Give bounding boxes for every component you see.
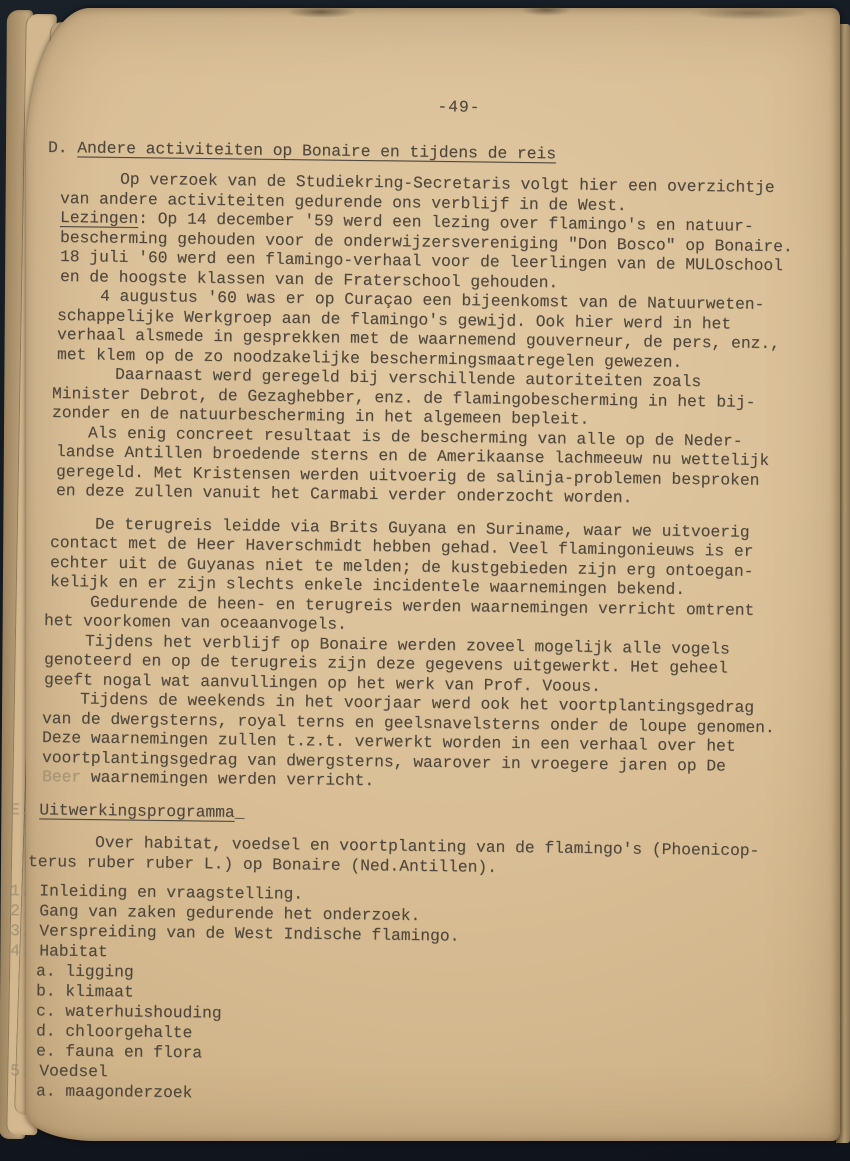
text-segment: waarnemingen werden verricht. (81, 767, 374, 790)
text-segment: 4. (10, 941, 40, 960)
text-segment: a. maagonderzoek (36, 1081, 193, 1102)
text-segment: Beer (42, 767, 81, 786)
document-page: -49- D. Andere activiteiten op Bonaire e… (26, 8, 840, 1141)
underlined-text: Andere activiteiten op Bonaire en tijden… (77, 138, 556, 163)
ink-smudge (521, 4, 571, 16)
section-d-heading: D. Andere activiteiten op Bonaire en tij… (48, 138, 840, 158)
text-segment: d. chloorgehalte (36, 1021, 193, 1042)
text-segment: c. waterhuishouding (36, 1001, 222, 1022)
underlined-text: Lezingen (60, 208, 138, 228)
text-segment: 5. (10, 1061, 40, 1080)
text-segment: Inleiding en vraagstelling. (39, 881, 303, 903)
text-segment: het voorkomen van oceaanvogels. (44, 611, 347, 634)
paragraph-weekends: Tijdens de weekends in het voorjaar werd… (42, 689, 840, 787)
paragraph-resultaat: Als enig concreet resultaat is de besche… (56, 423, 840, 501)
page-number: -49- (26, 92, 840, 122)
paragraph-uitwerking-titel: Over habitat, voedsel en voortplanting v… (28, 832, 840, 871)
text-line: E. Uitwerkingsprogramma_ (10, 800, 840, 830)
paragraph-autoriteiten: Daarnaast werd geregeld bij verschillend… (52, 364, 840, 423)
book-photo: -49- D. Andere activiteiten op Bonaire e… (0, 0, 850, 1161)
text-segment: E. (10, 800, 40, 819)
ink-smudge (690, 6, 810, 20)
text-segment: a. ligging (36, 961, 134, 981)
text-segment: Habitat (39, 941, 108, 961)
page-content: D. Andere activiteiten op Bonaire en tij… (26, 138, 840, 1102)
text-segment: Voedsel (39, 1061, 108, 1081)
underlined-text: Uitwerkingsprogramma (39, 800, 235, 821)
paragraph-overzicht: Op verzoek van de Studiekring-Secretaris… (60, 169, 840, 286)
paragraph-terugreis: De terugreis leidde via Brits Guyana en … (50, 514, 840, 592)
text-line: D. Andere activiteiten op Bonaire en tij… (48, 138, 840, 167)
text-segment: 2. (10, 901, 40, 920)
text-segment: e. fauna en flora (36, 1041, 202, 1062)
outline-list: 1. Inleiding en vraagstelling.2. Gang va… (10, 881, 840, 1101)
section-e-heading: E. Uitwerkingsprogramma_ (10, 800, 840, 820)
text-segment: D. (48, 138, 78, 157)
ink-smudge (286, 6, 356, 18)
text-segment: 3. (10, 921, 40, 940)
text-segment: b. klimaat (36, 981, 134, 1001)
paragraph-vogels-genoteerd: Tijdens het verblijf op Bonaire werden z… (44, 631, 840, 690)
text-segment: 1. (10, 881, 40, 900)
paragraph-curacao-bijeenkomst: 4 augustus '60 was er op Curaçao een bij… (57, 286, 840, 364)
text-segment: _ (235, 802, 245, 821)
